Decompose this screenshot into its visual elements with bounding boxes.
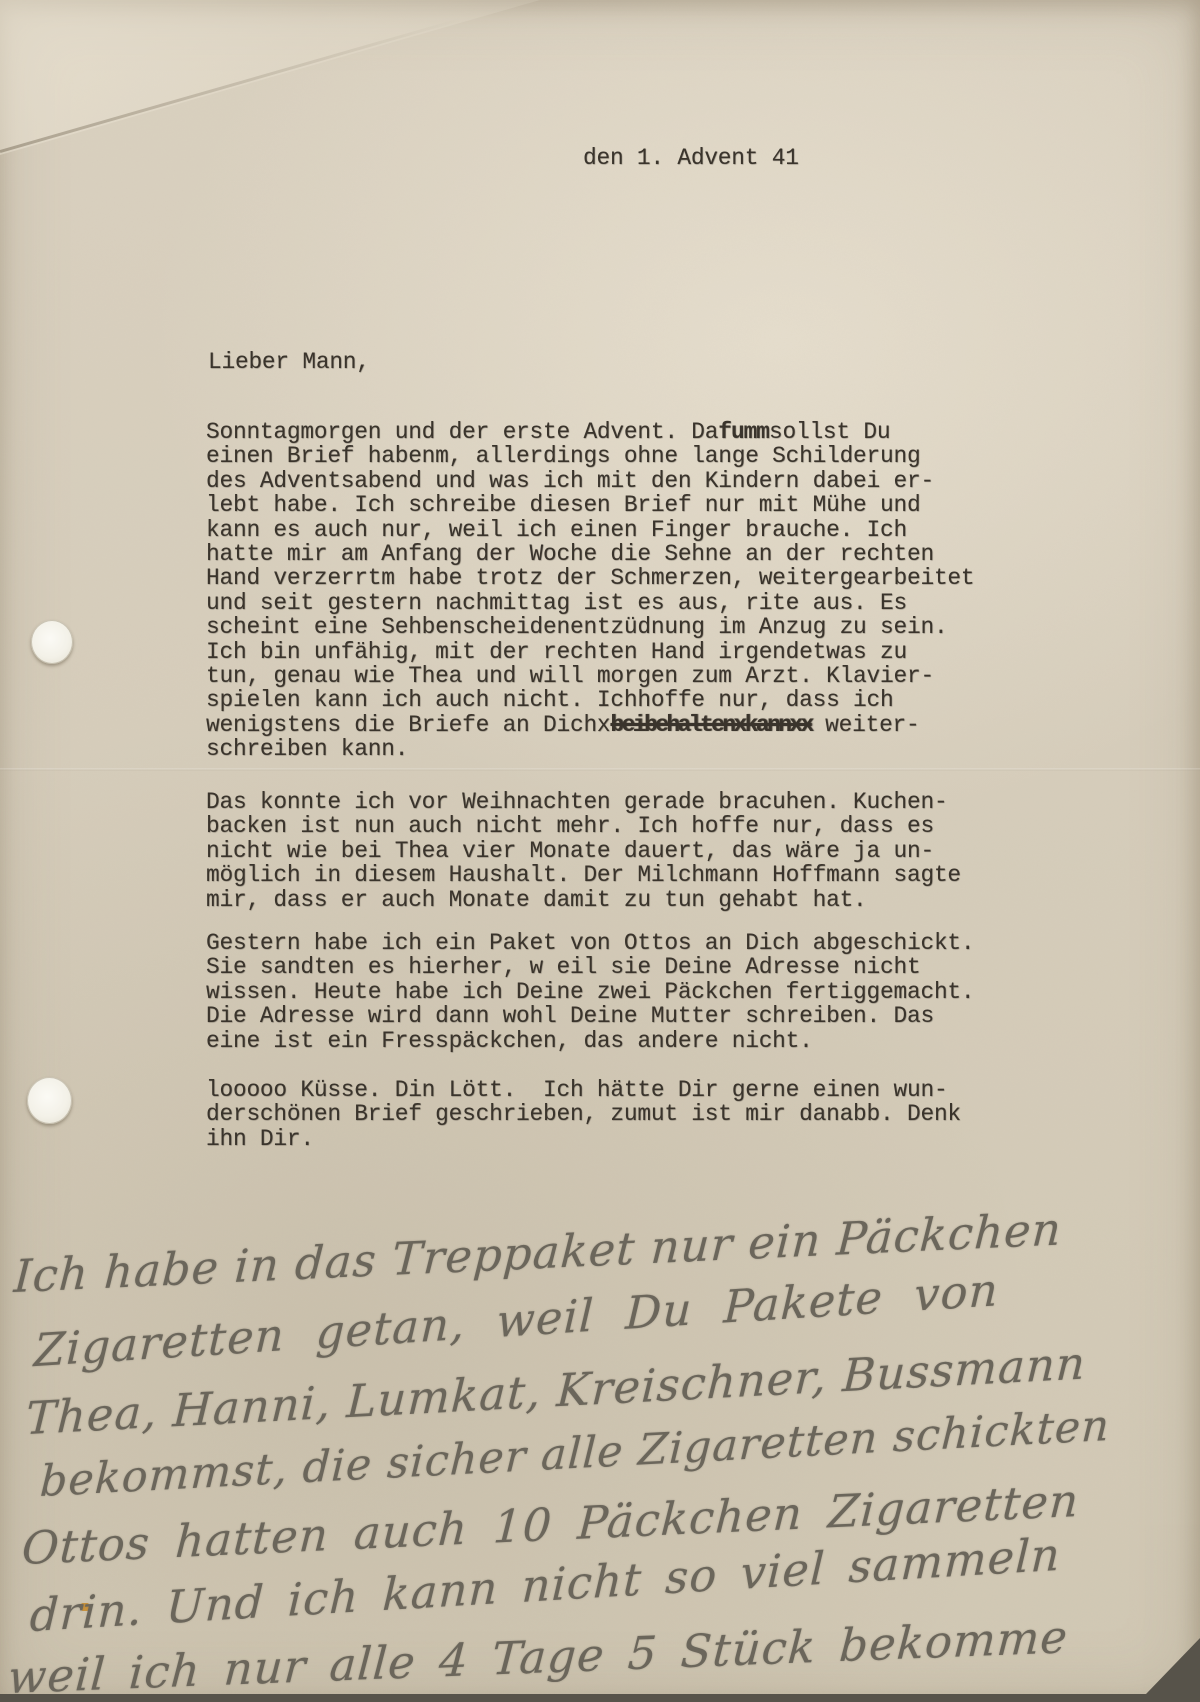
- letter-page: den 1. Advent 41 Lieber Mann, Sonntagmor…: [0, 0, 1200, 1702]
- top-left-fold-highlight: [0, 0, 540, 155]
- punch-hole-top: [31, 620, 73, 664]
- paragraph-1-text-start: Sonntagmorgen und der erste Advent. Da: [206, 419, 718, 445]
- overtyped-word: fumm: [718, 419, 769, 445]
- typed-paragraph-4: looooo Küsse. Din Lött. Ich hätte Dir ge…: [206, 1078, 1026, 1151]
- salutation: Lieber Mann,: [208, 350, 370, 374]
- typed-paragraph-2: Das konnte ich vor Weihnachten gerade br…: [206, 790, 1026, 912]
- horizontal-crease: [0, 768, 1200, 771]
- punch-hole-bottom: [27, 1077, 72, 1124]
- typed-paragraph-3: Gestern habe ich ein Paket von Ottos an …: [206, 931, 1026, 1053]
- typed-paragraph-1: Sonntagmorgen und der erste Advent. Dafu…: [206, 420, 1026, 762]
- scan-backdrop: den 1. Advent 41 Lieber Mann, Sonntagmor…: [0, 0, 1200, 1702]
- crossed-out-text: beibehaltenxkannxx: [610, 712, 811, 738]
- date-line: den 1. Advent 41: [583, 146, 799, 170]
- paragraph-1-text-middle: sollst Du einen Brief habenm, allerdings…: [206, 419, 974, 738]
